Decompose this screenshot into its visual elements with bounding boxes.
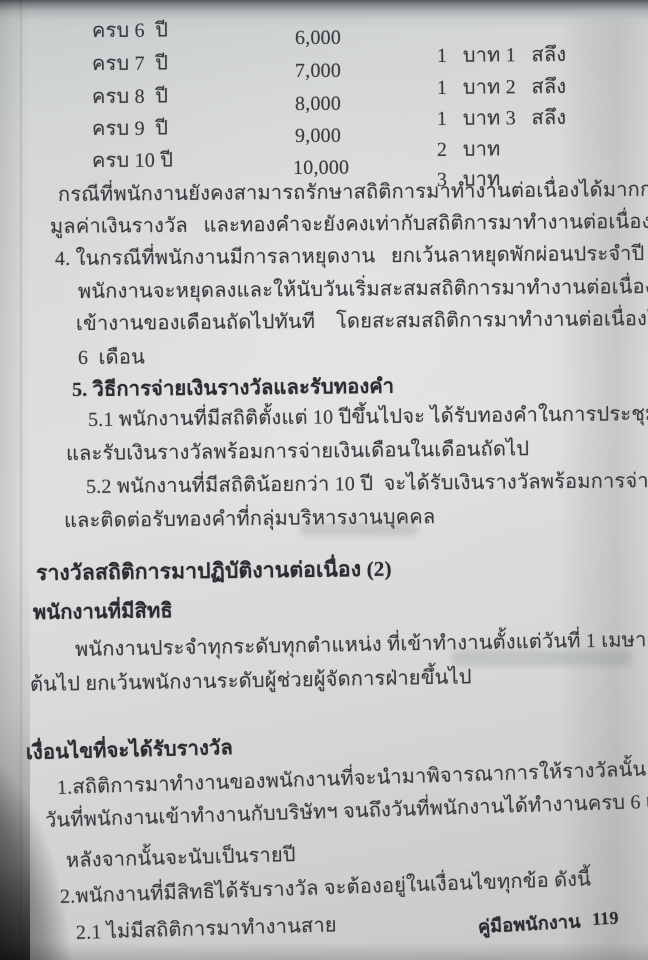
gold-value-cell: 1 บาท 3 สลึง bbox=[437, 105, 567, 132]
item51-line: 5.1 พนักงานที่มีสถิติตั้งแต่ 10 ปีขึ้นไป… bbox=[88, 400, 648, 433]
amount-cell: 7,000 bbox=[295, 58, 341, 84]
item4-line: 4. ในกรณีที่พนักงานมีการลาหยุดงาน ยกเว้น… bbox=[55, 240, 648, 272]
footer-label: คู่มือพนักงาน bbox=[477, 908, 581, 940]
item4-line: เข้างานของเดือนถัดไปทันที โดยสะสมสถิติกา… bbox=[76, 305, 648, 337]
gold-value-cell: 2 บาท bbox=[437, 136, 501, 163]
note-line: กรณีที่พนักงานยังคงสามารถรักษาสถิติการมา… bbox=[58, 176, 648, 208]
tenure-cell: ครบ 10 ปี bbox=[92, 147, 173, 174]
amount-cell: 10,000 bbox=[293, 155, 349, 181]
condition2-line: 2.พนักงานที่มีสิทธิได้รับรางวัล จะต้องอย… bbox=[60, 866, 592, 910]
amount-cell: 8,000 bbox=[295, 91, 341, 117]
amount-cell: 9,000 bbox=[295, 123, 341, 149]
scanned-page: ครบ 6 ปี 6,000 ครบ 7 ปี 7,000 ครบ 8 ปี 8… bbox=[0, 0, 648, 960]
tenure-cell: ครบ 9 ปี bbox=[92, 115, 168, 142]
eligible-line: พนักงานประจำทุกระดับทุกตำแหน่ง ที่เข้าทำ… bbox=[75, 625, 648, 663]
item51-line: และรับเงินรางวัลพร้อมการจ่ายเงินเดือนในเ… bbox=[66, 436, 530, 467]
eligible-line: ต้นไป ยกเว้นพนักงานระดับผู้ช่วยผู้จัดการ… bbox=[30, 664, 472, 698]
footer-page-number: 119 bbox=[591, 905, 619, 932]
item5-heading: 5. วิธีการจ่ายเงินรางวัลและรับทองคำ bbox=[72, 374, 394, 403]
item52-line: และติดต่อรับทองคำที่กลุ่มบริหารงานบุคคล bbox=[64, 504, 436, 534]
tenure-cell: ครบ 7 ปี bbox=[92, 50, 168, 77]
left-edge-shadow bbox=[0, 0, 30, 960]
tenure-cell: ครบ 6 ปี bbox=[92, 17, 168, 44]
condition1-line: หลังจากนั้นจะนับเป็นรายปี bbox=[66, 842, 296, 874]
amount-cell: 6,000 bbox=[295, 25, 341, 51]
tenure-cell: ครบ 8 ปี bbox=[92, 83, 168, 110]
eligible-heading: พนักงานที่มีสิทธิ bbox=[33, 598, 173, 626]
item4-line: 6 เดือน bbox=[78, 344, 145, 371]
item4-line: พนักงานจะหยุดลงและให้นับวันเริ่มสะสมสถิต… bbox=[78, 273, 648, 305]
note-line: มูลค่าเงินรางวัล และทองคำจะยังคงเท่ากับส… bbox=[50, 208, 648, 240]
gold-value-cell: 1 บาท 2 สลึง bbox=[437, 74, 567, 101]
item52-line: 5.2 พนักงานที่มีสถิติน้อยกว่า 10 ปี จะได… bbox=[86, 467, 648, 500]
left-page-seam bbox=[20, 0, 22, 960]
condition2-line: 2.1 ไม่มีสถิติการมาทำงานสาย bbox=[76, 912, 338, 946]
conditions-heading: เงื่อนไขที่จะได้รับรางวัล bbox=[26, 735, 234, 766]
gold-value-cell: 1 บาท 1 สลึง bbox=[437, 42, 567, 69]
section-title: รางวัลสถิติการมาปฏิบัติงานต่อเนื่อง (2) bbox=[36, 556, 392, 586]
